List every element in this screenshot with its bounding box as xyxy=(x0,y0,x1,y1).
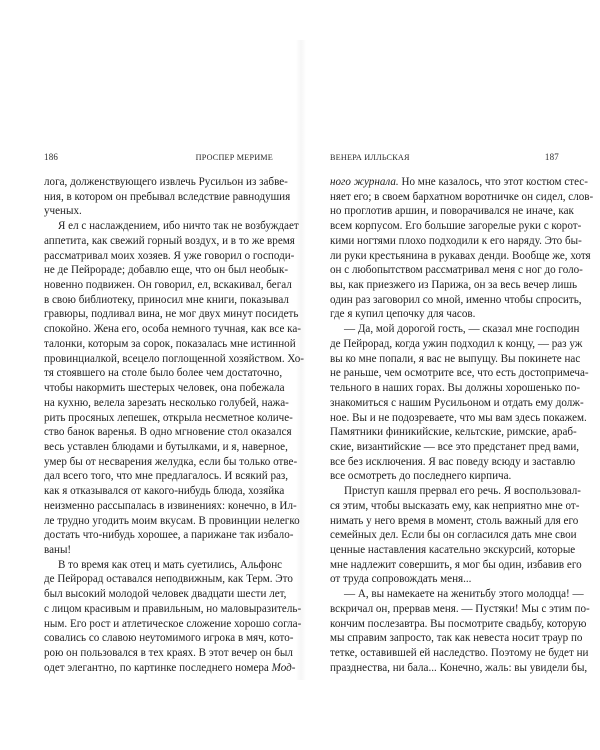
text-line: ли руки крестьянина в рукавах денди. Воо… xyxy=(330,249,559,264)
text-line: Приступ кашля прервал его речь. Я воспол… xyxy=(330,484,559,499)
text-line: празднества, ни бала... Конечно, жаль: в… xyxy=(330,661,559,676)
text-line: вскричал он, прервав меня. — Пустяки! Мы… xyxy=(330,602,559,617)
text-line: неизменно рассыпалась в извинениях: коне… xyxy=(44,499,273,514)
text-line: все осмотреть до последнего кирпича. xyxy=(330,469,559,484)
text-line: ное. Вы и не подозреваете, что мы вам зд… xyxy=(330,411,559,426)
text-line: где я купил цепочку для часов. xyxy=(330,307,559,322)
text-line: совались со славою неутомимого игрока в … xyxy=(44,631,273,646)
text-line: умер бы от несварения желудка, если бы т… xyxy=(44,455,273,470)
running-head-title: ВЕНЕРА ИЛЛЬСКАЯ xyxy=(330,153,410,162)
text-line: как я отказывался от какого-нибудь блюда… xyxy=(44,484,273,499)
right-page: ВЕНЕРА ИЛЛЬСКАЯ 187 ного журнала. Но мне… xyxy=(330,152,559,675)
right-running-head: ВЕНЕРА ИЛЛЬСКАЯ 187 xyxy=(330,152,559,166)
text-line: дал всего того, что мне предлагалось. И … xyxy=(44,469,273,484)
text-line: гравюры, подливал вина, не мог двух мину… xyxy=(44,307,273,322)
text-line: рить просяных лепешек, открыла несметное… xyxy=(44,411,273,426)
text-line: все без исключения. Я вас поведу всюду и… xyxy=(330,455,559,470)
text-line: ле трудно угодить моим вкусам. В провинц… xyxy=(44,514,273,529)
text-line: тя стоявшего на столе было более чем дос… xyxy=(44,366,273,381)
text-line: аппетита, как свежий горный воздух, и в … xyxy=(44,234,273,249)
text-line: де Пейрорад оставался неподвижным, как Т… xyxy=(44,572,273,587)
text-line: ские, византийские — все это предстанет … xyxy=(330,440,559,455)
text-line: ство банок варенья. В одно мгновение сто… xyxy=(44,425,273,440)
text-line: В то время как отец и мать суетились, Ал… xyxy=(44,558,273,573)
text-line: он с любопытством рассматривал меня с но… xyxy=(330,263,559,278)
text-line: тетке, оставившей ей наследство. Поэтому… xyxy=(330,646,559,661)
text-line: вы, как приезжего из Парижа, он за весь … xyxy=(330,278,559,293)
running-head-title: ПРОСПЕР МЕРИМЕ xyxy=(196,153,273,162)
text-line: спокойно. Жена его, особа немного тучная… xyxy=(44,322,273,337)
text-line: Памятники финикийские, кельтские, римски… xyxy=(330,425,559,440)
text-line: чтобы накормить шестерых человек, она по… xyxy=(44,381,273,396)
text-line: — А, вы намекаете на женитьбу этого моло… xyxy=(330,587,559,602)
right-page-body: ного журнала. Но мне казалось, что этот … xyxy=(330,175,559,675)
text-line: ным. Его рост и атлетическое сложение хо… xyxy=(44,617,273,632)
text-line: талонки, которым за сорок, показалась мн… xyxy=(44,337,273,352)
text-line: ваны! xyxy=(44,543,273,558)
text-line: нимать у него время в момент, столь важн… xyxy=(330,514,559,529)
left-page-body: лога, долженствующего извлечь Русильон и… xyxy=(44,175,273,675)
text-line: не де Пейрораде; добавлю еще, что он был… xyxy=(44,263,273,278)
text-line: кончим послезавтра. Вы посмотрите свадьб… xyxy=(330,617,559,632)
text-line: одет элегантно, по картинке последнего н… xyxy=(44,661,273,676)
left-running-head: 186 ПРОСПЕР МЕРИМЕ xyxy=(44,152,273,166)
text-line: тельного в наших горах. Вы должны хороше… xyxy=(330,381,559,396)
text-line: няет его; в своем бархатном воротничке о… xyxy=(330,190,559,205)
text-line: де Пейрорад, когда ужин подходил к концу… xyxy=(330,337,559,352)
text-line: новенно подвижен. Он говорил, ел, вскаки… xyxy=(44,278,273,293)
text-line: лога, долженствующего извлечь Русильон и… xyxy=(44,175,273,190)
text-line: — Да, мой дорогой гость, — сказал мне го… xyxy=(330,322,559,337)
text-line: на кухню, велела зарезать несколько голу… xyxy=(44,396,273,411)
text-line: был высокий молодой человек двадцати шес… xyxy=(44,587,273,602)
text-line: рассматривал моих хозяев. Я уже говорил … xyxy=(44,249,273,264)
text-line: знакомиться с нашим Русильоном и отдать … xyxy=(330,396,559,411)
book-spread: 186 ПРОСПЕР МЕРИМЕ лога, долженствующего… xyxy=(0,0,600,750)
page-number: 186 xyxy=(44,152,58,162)
text-line: Я ел с наслаждением, ибо ничто так не во… xyxy=(44,219,273,234)
text-line: мы справим запросто, так как невеста нос… xyxy=(330,631,559,646)
left-page: 186 ПРОСПЕР МЕРИМЕ лога, долженствующего… xyxy=(44,152,273,675)
text-line: в свою библиотеку, приносил мне книги, п… xyxy=(44,293,273,308)
page-number: 187 xyxy=(545,152,559,162)
text-line: ного журнала. Но мне казалось, что этот … xyxy=(330,175,559,190)
text-line: рою он пользовался в тех краях. В этот в… xyxy=(44,646,273,661)
text-line: достать что-нибудь хорошее, а парижане т… xyxy=(44,528,273,543)
text-line: провинциалкой, всецело поглощенной хозяй… xyxy=(44,352,273,367)
text-line: семейных дел. Если бы он согласился дать… xyxy=(330,528,559,543)
text-line: всем корпусом. Его большие загорелые рук… xyxy=(330,219,559,234)
text-line: ния, в котором он пребывал вследствие ра… xyxy=(44,190,273,205)
text-line: вы ко мне попали, я вас не выпущу. Вы по… xyxy=(330,352,559,367)
text-line: мне надлежит совершить, я мог бы один, и… xyxy=(330,558,559,573)
text-line: от труда сопровождать меня... xyxy=(330,572,559,587)
text-line: с лицом красивым и правильным, но маловы… xyxy=(44,602,273,617)
text-line: весь уставлен блюдами и бутылками, и я, … xyxy=(44,440,273,455)
text-line: не раньше, чем осмотрите все, что есть д… xyxy=(330,366,559,381)
text-line: ученых. xyxy=(44,204,273,219)
text-line: ся этим, чтобы высказать ему, как неприя… xyxy=(330,499,559,514)
text-line: один раз заговорил со мной, именно чтобы… xyxy=(330,293,559,308)
text-line: ценные наставления касательно экскурсий,… xyxy=(330,543,559,558)
text-line: кими ногтями плохо подходили к его наряд… xyxy=(330,234,559,249)
text-line: но проглотив аршин, и поворачивался не и… xyxy=(330,204,559,219)
